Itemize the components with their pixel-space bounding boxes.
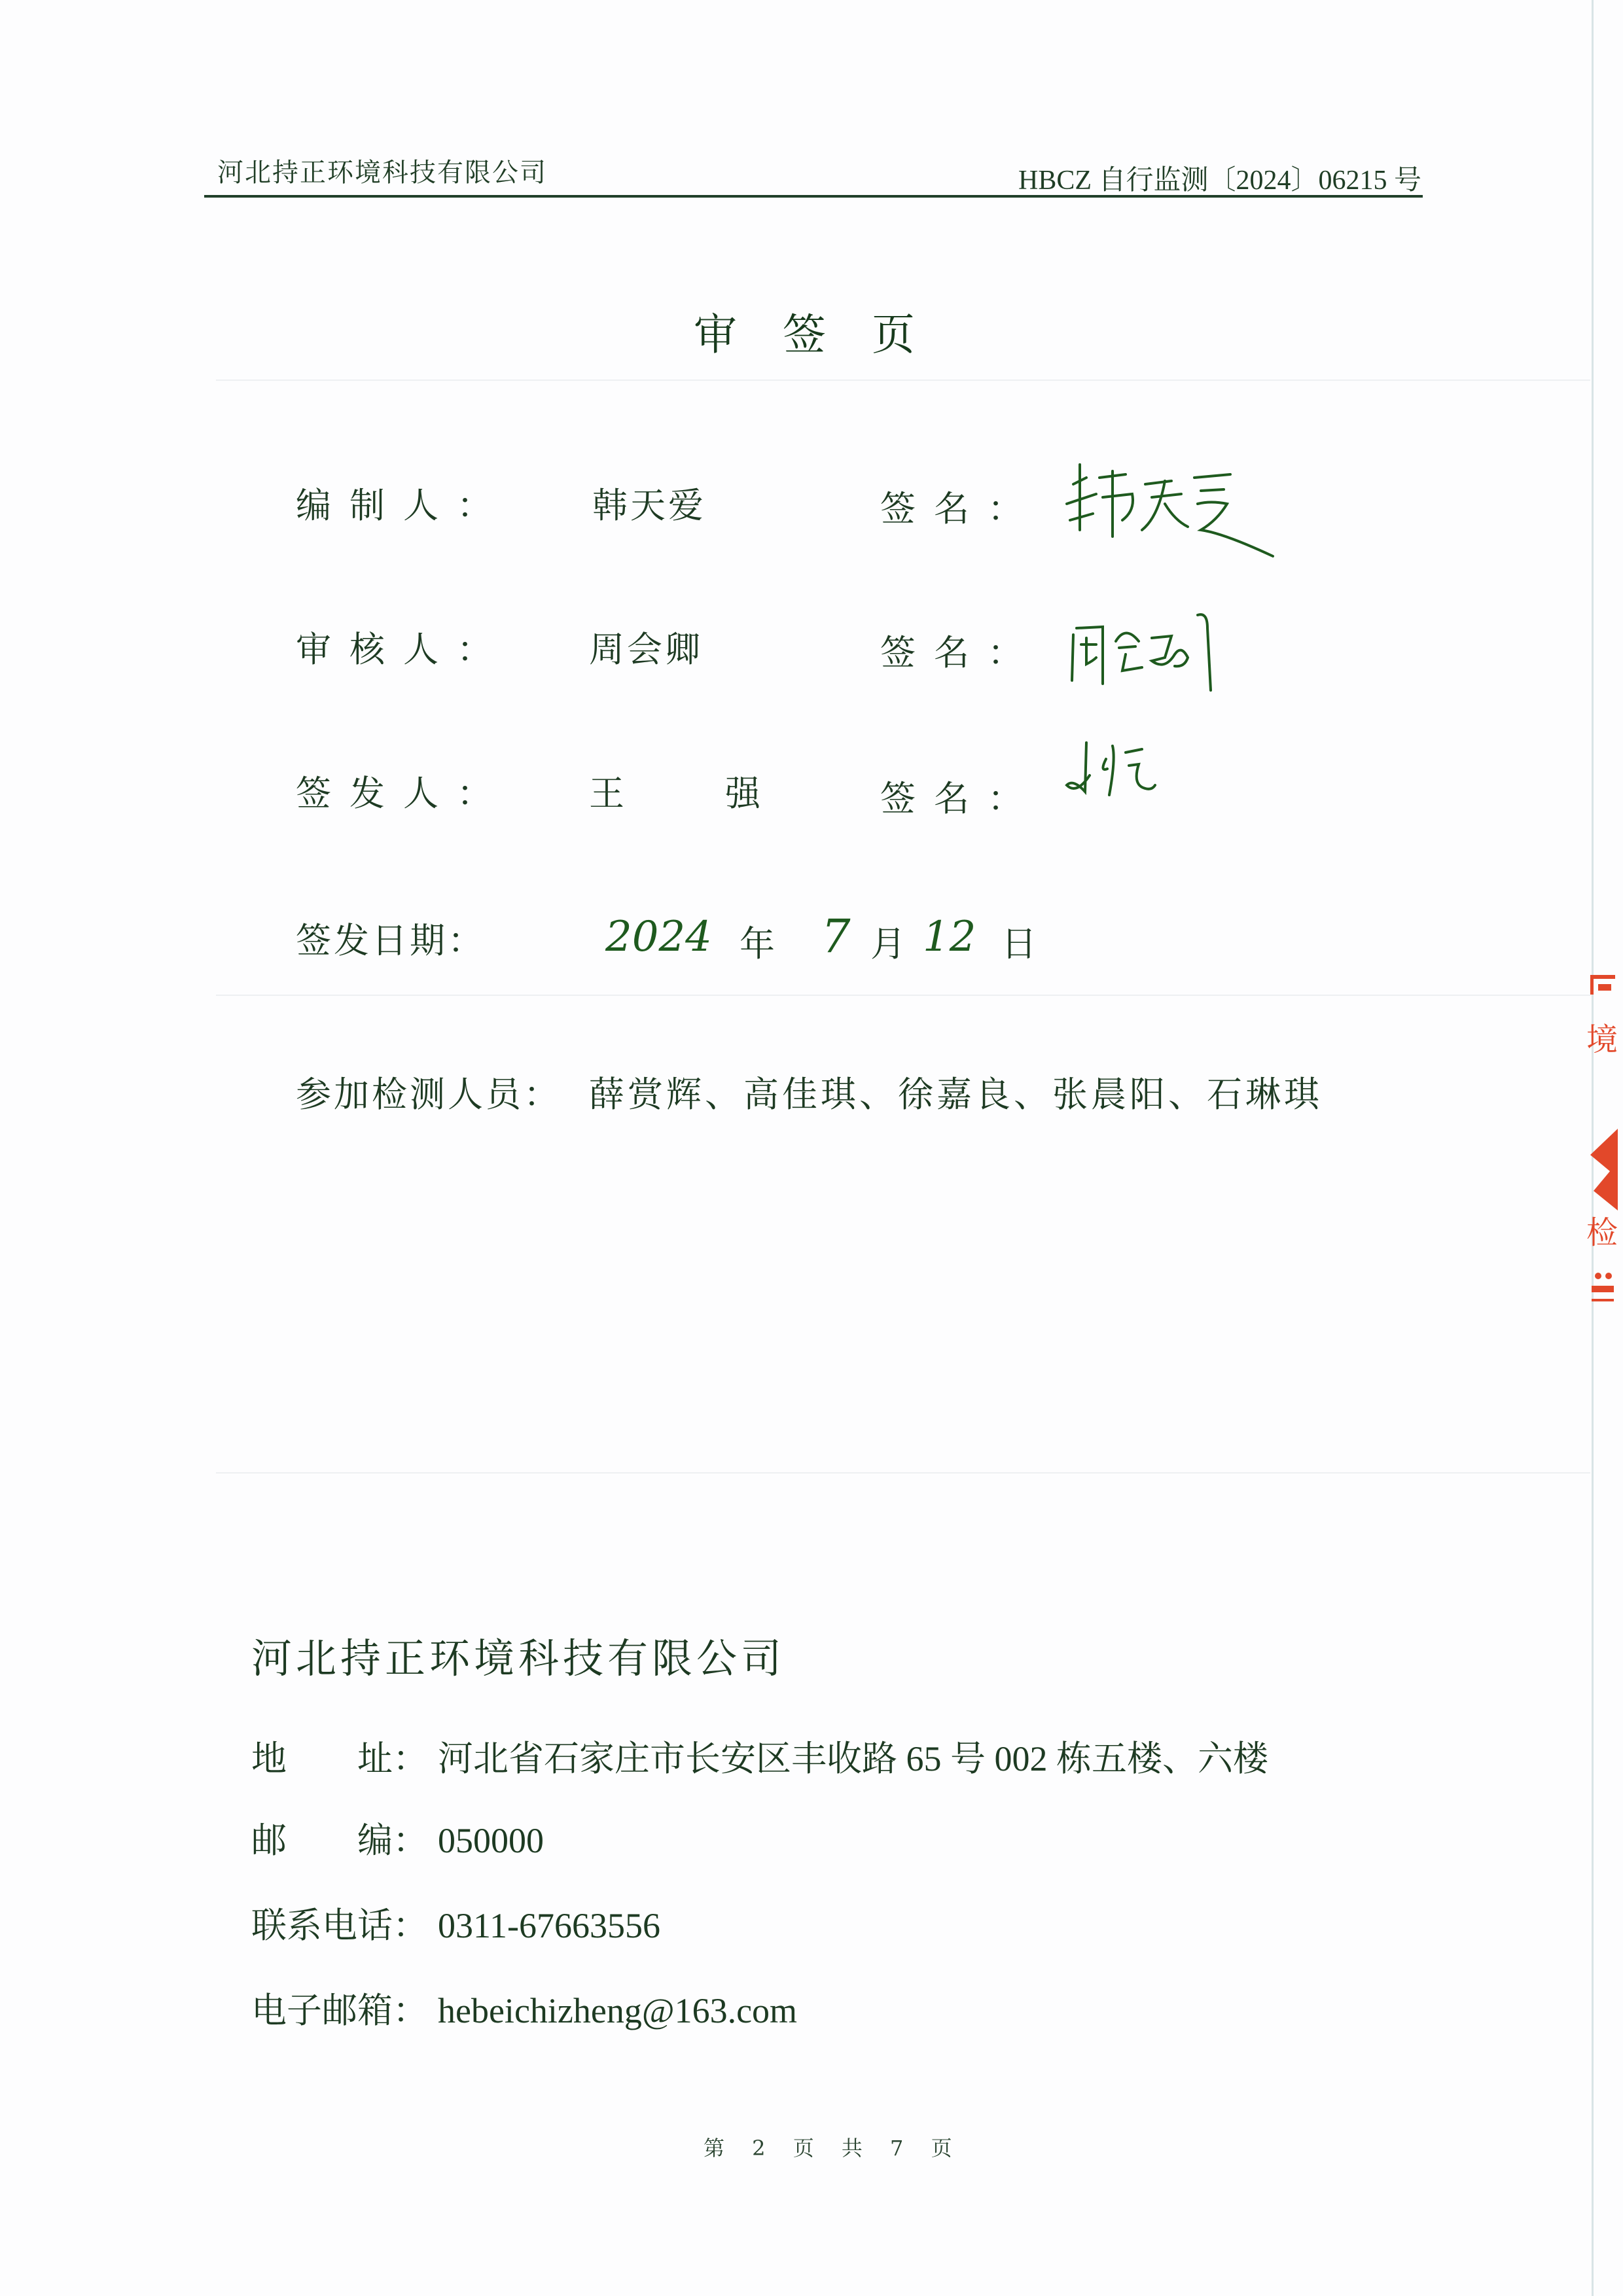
issue-date-month: 7 [821,910,851,963]
issue-date-year: 2024 [605,913,712,961]
postcode-row: 邮 编：050000 [251,1812,544,1863]
header-rule [204,195,1423,198]
compiler-label: 编制人： [296,478,510,528]
header-report-number: HBCZ 自行监测〔2024〕06215 号 [1018,158,1421,198]
issue-date-day: 12 [923,913,976,961]
reviewer-signature [1067,609,1250,703]
header-company: 河北持正环境科技有限公司 [217,152,547,189]
reviewer-name: 周会卿 [589,622,703,672]
issuer-signature [1060,739,1191,821]
issuer-name: 王 强 [589,766,793,816]
email-value[interactable]: hebeichizheng@163.com [438,1991,797,2030]
participants-names: 薛赏辉、高佳琪、徐嘉良、张晨阳、石琳琪 [589,1067,1323,1117]
compiler-name: 韩天爱 [592,478,706,528]
participants-label: 参加检测人员： [296,1067,562,1117]
divider [216,380,1590,381]
phone-value: 0311-67663556 [438,1906,660,1945]
svg-text:检: 检 [1586,1214,1618,1251]
issuer-label: 签发人： [296,766,510,816]
issue-date-label: 签发日期： [296,913,486,963]
issuer-sign-label: 签名： [880,771,1041,821]
compiler-sign-label: 签名： [880,481,1041,531]
reviewer-sign-label: 签名： [880,625,1041,675]
company-name: 河北持正环境科技有限公司 [251,1626,785,1684]
address-row: 地 址：河北省石家庄市长安区丰收路 65 号 002 栋五楼、六楼 [251,1731,1268,1781]
page-number: 第 2 页 共 7 页 [704,2132,963,2162]
svg-text:境: 境 [1586,1021,1618,1058]
phone-label: 联系电话： [251,1898,438,1948]
address-value: 河北省石家庄市长安区丰收路 65 号 002 栋五楼、六楼 [438,1739,1268,1778]
reviewer-label: 审核人： [296,622,510,672]
divider [216,1472,1590,1474]
issue-date-day-unit: 日 [1001,916,1039,966]
address-label: 地 址： [251,1731,438,1781]
handwritten-signature-icon [1060,739,1191,818]
page-title: 审签页 [694,300,961,362]
handwritten-signature-icon [1067,609,1250,700]
compiler-signature [1060,458,1283,565]
email-row: 电子邮箱：hebeichizheng@163.com [251,1983,797,2033]
phone-row: 联系电话：0311-67663556 [251,1898,660,1948]
issue-date-year-unit: 年 [740,916,777,966]
handwritten-signature-icon [1060,458,1283,563]
issue-date-month-unit: 月 [870,916,908,966]
divider [216,995,1590,996]
partial-seal-stamp: 境 检 [1577,968,1623,1335]
email-label: 电子邮箱： [251,1983,438,2033]
red-seal-icon: 境 检 [1577,968,1623,1335]
postcode-label: 邮 编： [251,1812,438,1863]
postcode-value: 050000 [438,1821,544,1860]
